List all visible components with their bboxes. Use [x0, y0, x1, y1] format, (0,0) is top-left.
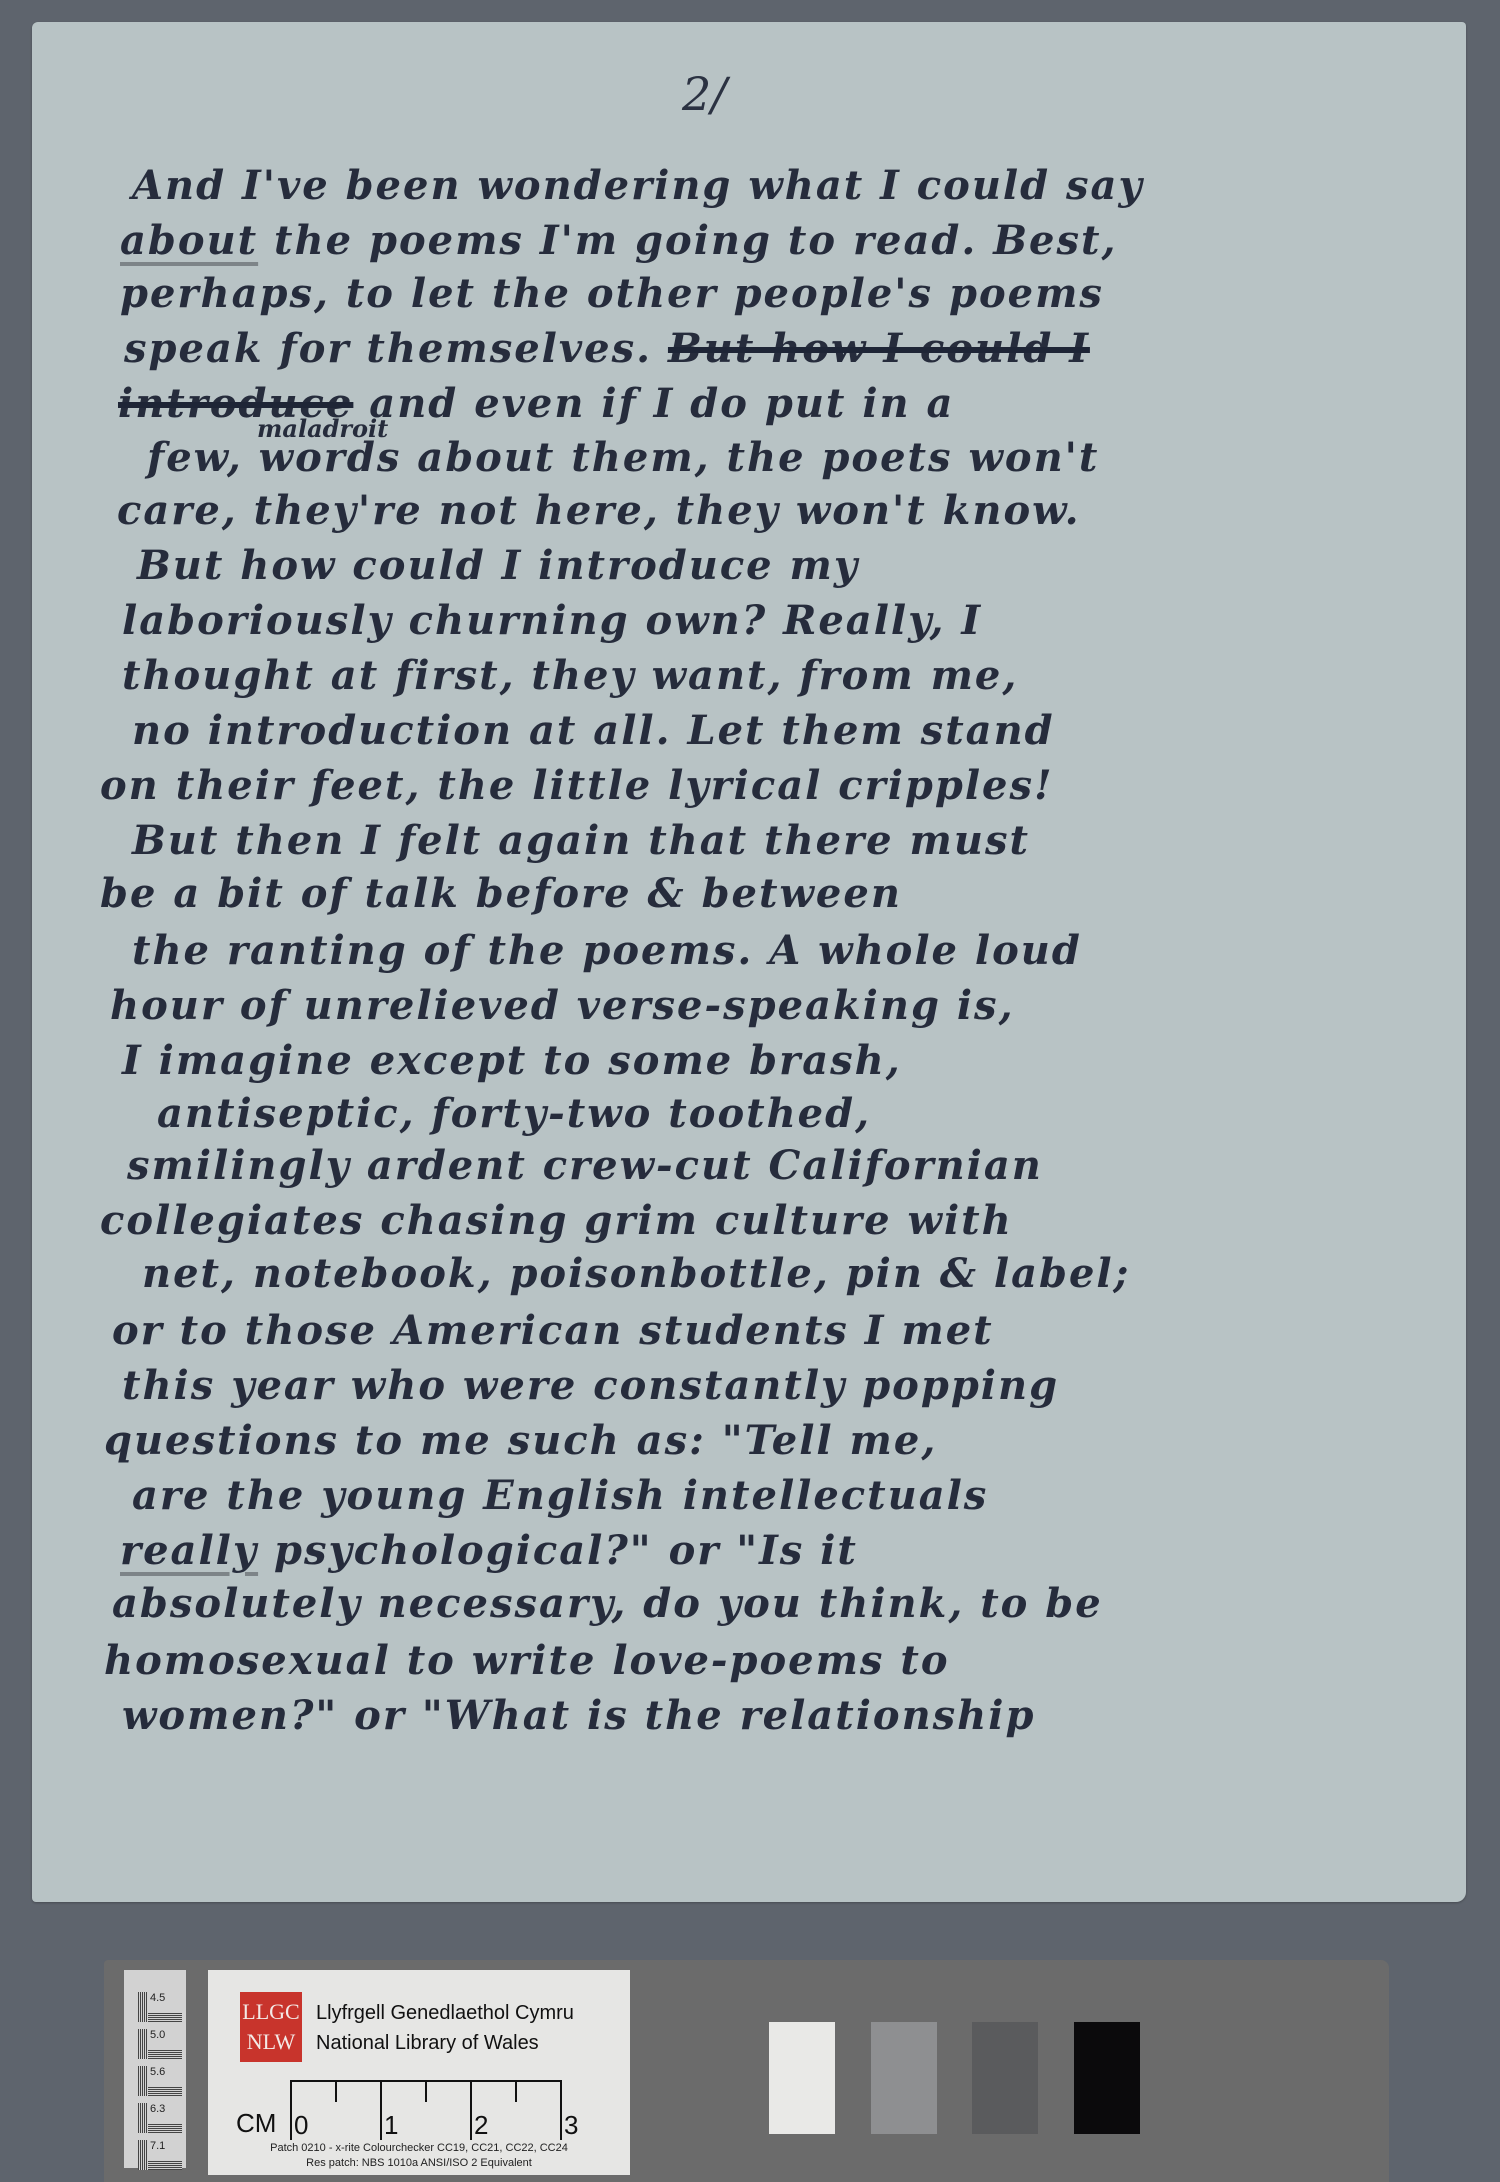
text-segment: But how could I introduce my	[137, 542, 859, 589]
text-line: women?" or "What is the relationship	[122, 1692, 1035, 1739]
text-line: I imagine except to some brash,	[122, 1037, 902, 1084]
text-segment: And I've been wondering what I could say	[132, 162, 1144, 209]
resolution-value: 5.6	[150, 2066, 165, 2078]
resolution-patch: 6.3	[138, 2103, 182, 2133]
text-segment: be a bit of talk before & between	[100, 870, 902, 917]
text-line: be a bit of talk before & between	[100, 870, 902, 917]
library-name-english: National Library of Wales	[316, 2028, 574, 2058]
text-segment: homosexual to write love-poems to	[104, 1637, 950, 1684]
text-line: hour of unrelieved verse-speaking is,	[110, 982, 1015, 1029]
text-line: smilingly ardent crew-cut Californian	[127, 1142, 1043, 1189]
text-line: collegiates chasing grim culture with	[100, 1197, 1013, 1244]
text-segment: questions to me such as: "Tell me,	[104, 1417, 937, 1464]
resolution-value: 6.3	[150, 2103, 165, 2115]
text-line: laboriously churning own? Really, I	[122, 597, 982, 644]
text-line: But how could I introduce my	[137, 542, 859, 589]
text-segment: absolutely necessary, do you think, to b…	[112, 1580, 1103, 1627]
text-segment: on their feet, the little lyrical crippl…	[100, 762, 1054, 809]
grey-swatch	[1074, 2022, 1140, 2134]
text-line: really psychological?" or "Is it	[120, 1527, 858, 1574]
text-segment: speak for themselves.	[124, 325, 668, 372]
text-line: antiseptic, forty-two toothed,	[157, 1090, 871, 1137]
text-line: perhaps, to let the other people's poems	[120, 270, 1104, 317]
grey-swatch	[871, 2022, 937, 2134]
underlined-word: about	[120, 217, 258, 264]
text-segment: and even if I do put in a	[353, 380, 954, 427]
text-line: or to those American students I met	[112, 1307, 994, 1354]
text-segment: hour of unrelieved verse-speaking is,	[110, 982, 1015, 1029]
logo-line-2: NLW	[240, 2027, 302, 2057]
resolution-patch: 5.0	[138, 2029, 182, 2059]
handwritten-text: And I've been wondering what I could say…	[32, 22, 1466, 1902]
text-segment: or to those American students I met	[112, 1307, 994, 1354]
text-line: the ranting of the poems. A whole loud	[132, 927, 1082, 974]
text-segment: this year who were constantly popping	[122, 1362, 1059, 1409]
text-segment: net, notebook, poisonbottle, pin & label…	[142, 1250, 1130, 1297]
text-line: speak for themselves. But how I could I	[124, 325, 1090, 372]
text-line: absolutely necessary, do you think, to b…	[112, 1580, 1103, 1627]
text-segment: are the young English intellectuals	[132, 1472, 988, 1519]
text-line: thought at first, they want, from me,	[122, 652, 1018, 699]
text-segment: I imagine except to some brash,	[122, 1037, 902, 1084]
resolution-patch: 4.5	[138, 1992, 182, 2022]
text-segment: But then I felt again that there must	[132, 817, 1030, 864]
ruler-mark: 0	[294, 2110, 308, 2141]
text-segment: antiseptic, forty-two toothed,	[157, 1090, 871, 1137]
text-segment: thought at first, they want, from me,	[122, 652, 1018, 699]
logo-line-1: LLGC	[240, 1997, 302, 2027]
text-line: care, they're not here, they won't know.	[117, 487, 1081, 534]
grey-swatch	[769, 2022, 835, 2134]
text-line: are the young English intellectuals	[132, 1472, 988, 1519]
text-segment: laboriously churning own? Really, I	[122, 597, 982, 644]
library-name: Llyfrgell Genedlaethol Cymru National Li…	[316, 1998, 574, 2058]
text-line: questions to me such as: "Tell me,	[104, 1417, 937, 1464]
llgc-nlw-logo: LLGC NLW	[240, 1992, 302, 2062]
manuscript-page: 2/ And I've been wondering what I could …	[32, 22, 1466, 1902]
text-segment: perhaps, to let the other people's poems	[120, 270, 1104, 317]
resolution-patch: 5.6	[138, 2066, 182, 2096]
cm-ruler: 0123	[290, 2080, 650, 2140]
text-segment: the ranting of the poems. A whole loud	[132, 927, 1082, 974]
text-line: on their feet, the little lyrical crippl…	[100, 762, 1054, 809]
inline-insertion: maladroit	[257, 414, 388, 443]
text-segment: smilingly ardent crew-cut Californian	[127, 1142, 1043, 1189]
library-label: LLGC NLW Llyfrgell Genedlaethol Cymru Na…	[208, 1970, 630, 2175]
text-line: But then I felt again that there must	[132, 817, 1030, 864]
ruler-mark: 1	[384, 2110, 398, 2141]
res-patch-caption: Res patch: NBS 1010a ANSI/ISO 2 Equivale…	[208, 2157, 630, 2169]
ruler-mark: 3	[564, 2110, 578, 2141]
underlined-word: really	[120, 1527, 258, 1574]
text-line: net, notebook, poisonbottle, pin & label…	[142, 1250, 1130, 1297]
patch-caption: Patch 0210 - x-rite Colourchecker CC19, …	[208, 2142, 630, 2154]
text-segment: care, they're not here, they won't know.	[117, 487, 1081, 534]
struck-text: But how I could I	[668, 325, 1090, 372]
resolution-value: 5.0	[150, 2029, 165, 2041]
text-line: about the poems I'm going to read. Best,	[120, 217, 1117, 264]
colour-checker-strip: 4.55.05.66.37.1 LLGC NLW Llyfrgell Gened…	[104, 1960, 1389, 2182]
resolution-patch: 7.1	[138, 2140, 182, 2170]
ruler-mark: 2	[474, 2110, 488, 2141]
resolution-target: 4.55.05.66.37.1	[124, 1970, 186, 2168]
text-segment: no introduction at all. Let them stand	[132, 707, 1055, 754]
resolution-value: 7.1	[150, 2140, 165, 2152]
text-segment: the poems I'm going to read. Best,	[258, 217, 1117, 264]
text-segment: women?" or "What is the relationship	[122, 1692, 1035, 1739]
text-line: this year who were constantly popping	[122, 1362, 1059, 1409]
grey-swatch	[972, 2022, 1038, 2134]
text-line: introduce and even if I do put in a	[118, 380, 954, 427]
text-segment: collegiates chasing grim culture with	[100, 1197, 1013, 1244]
resolution-value: 4.5	[150, 1992, 165, 2004]
ruler-unit: CM	[236, 2108, 276, 2139]
library-name-welsh: Llyfrgell Genedlaethol Cymru	[316, 1998, 574, 2028]
text-line: And I've been wondering what I could say	[132, 162, 1144, 209]
text-line: homosexual to write love-poems to	[104, 1637, 950, 1684]
text-line: no introduction at all. Let them stand	[132, 707, 1055, 754]
text-segment: psychological?" or "Is it	[258, 1527, 858, 1574]
